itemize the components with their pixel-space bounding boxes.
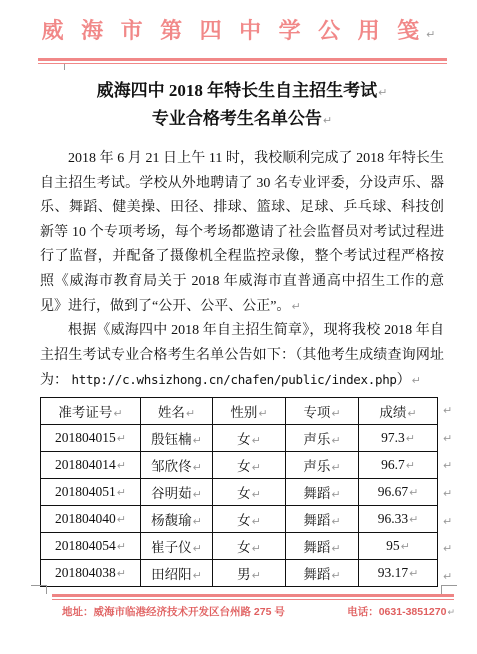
table-row: 201804015↵殷钰楠↵女↵声乐↵97.3↵ [41,424,438,451]
cell-text: 96.7 [381,457,405,472]
cell-text: 女 [237,513,251,528]
cell-text: 93.17 [378,565,408,580]
table-cell: 杨馥瑜↵ [141,505,213,532]
paragraph-mark-icon: ↵ [117,459,126,472]
cell-text: 女 [237,540,251,555]
cell-text: 声乐 [303,432,330,447]
table-cell: 95↵ [359,532,438,559]
paragraph-mark-icon: ↵ [331,434,340,447]
cell-text: 舞蹈 [303,567,330,582]
paragraph-mark-icon: ↵ [406,432,415,445]
letterhead: 威 海 市 第 四 中 学 公 用 笺↵ [0,14,477,45]
table-row: 201804054↵崔子仪↵女↵舞蹈↵95↵ [41,532,438,559]
cell-text: 声乐 [303,459,330,474]
cell-text: 96.33 [378,511,408,526]
footer: 地址：威海市临港经济技术开发区台州路 275 号 电话：0631-3851270… [62,604,455,619]
table-header-cell: 姓名↵ [141,397,213,424]
paragraph-mark-icon: ↵ [331,407,340,420]
cell-text: 崔子仪 [151,540,192,555]
paragraph-mark-icon: ↵ [193,515,202,528]
paragraph-mark-icon: ↵ [258,407,267,420]
cell-text: 谷明茹 [151,486,192,501]
table-cell: 201804054↵ [41,532,141,559]
table-cell: 97.3↵ [359,424,438,451]
cell-text: 96.67 [378,484,408,499]
cell-text: 男 [237,567,251,582]
paragraph-mark-icon: ↵ [443,487,452,500]
cell-text: 性别 [230,405,257,420]
table-cell: 声乐↵ [286,451,359,478]
cell-text: 201804051 [55,484,116,499]
table-cell: 殷钰楠↵ [141,424,213,451]
paragraph-mark-icon: ↵ [193,569,202,582]
table-cell: 女↵ [213,505,286,532]
paragraph-mark-icon: ↵ [193,434,202,447]
paragraph-mark-icon: ↵ [117,432,126,445]
table-cell: 崔子仪↵ [141,532,213,559]
paragraph-mark-icon: ↵ [193,542,202,555]
table-cell: 舞蹈↵ [286,478,359,505]
footer-divider [52,594,454,600]
cell-text: 杨馥瑜 [151,513,192,528]
paragraph-mark-icon: ↵ [323,114,332,127]
notice-body: 威海四中 2018 年特长生自主招生考试↵ 专业合格考生名单公告↵ 2018 年… [40,78,444,590]
cell-text: 女 [237,459,251,474]
paragraph-mark-icon: ↵ [412,374,421,387]
paragraph-mark-icon: ↵ [331,542,340,555]
paragraph-mark-icon: ↵ [409,486,418,499]
paragraph-mark-icon: ↵ [117,567,126,580]
paragraph-1-text: 2018 年 6 月 21 日上午 11 时，我校顺利完成了 2018 年特长生… [40,151,444,314]
letterhead-title: 威 海 市 第 四 中 学 公 用 笺 [42,18,426,43]
paragraph-mark-icon: ↵ [331,461,340,474]
margin-tick [64,64,65,70]
paragraph-mark-icon: ↵ [331,488,340,501]
paragraph-2-closing: ） [397,373,411,388]
paragraph-mark-icon: ↵ [117,486,126,499]
paragraph-mark-icon: ↵ [443,404,452,417]
table-cell: 201804040↵ [41,505,141,532]
results-table: 准考证号↵姓名↵性别↵专项↵成绩↵201804015↵殷钰楠↵女↵声乐↵97.3… [40,397,438,587]
cell-text: 专项 [303,405,330,420]
paragraph-mark-icon: ↵ [117,540,126,553]
table-cell: 邹欣佟↵ [141,451,213,478]
paragraph-mark-icon: ↵ [113,407,122,420]
footer-crop-mark-right [441,585,457,594]
paragraph-mark-icon: ↵ [252,569,261,582]
paragraph-mark-icon: ↵ [193,461,202,474]
notice-title-line1-row: 威海四中 2018 年特长生自主招生考试↵ [40,78,444,106]
paragraph-mark-icon: ↵ [378,86,387,99]
table-row: 201804051↵谷明茹↵女↵舞蹈↵96.67↵ [41,478,438,505]
table-cell: 201804051↵ [41,478,141,505]
paragraph-mark-icon: ↵ [426,28,435,41]
notice-title-line1: 威海四中 2018 年特长生自主招生考试 [97,81,378,100]
paragraph-mark-icon: ↵ [447,608,455,618]
row-end-mark: ↵ [442,452,452,480]
footer-address: 地址：威海市临港经济技术开发区台州路 275 号 [62,604,285,619]
table-cell: 201804015↵ [41,424,141,451]
paragraph-mark-icon: ↵ [409,513,418,526]
cell-text: 201804040 [55,511,116,526]
paragraph-mark-icon: ↵ [443,432,452,445]
table-cell: 女↵ [213,478,286,505]
cell-text: 201804015 [55,430,116,445]
table-cell: 96.67↵ [359,478,438,505]
cell-text: 97.3 [381,430,405,445]
notice-title-line2-row: 专业合格考生名单公告↵ [40,106,444,134]
paragraph-mark-icon: ↵ [252,461,261,474]
row-end-mark: ↵ [442,425,452,453]
footer-phone-wrap: 电话：0631-3851270↵ [347,604,455,619]
paragraph-mark-icon: ↵ [443,570,452,583]
paragraph-mark-icon: ↵ [252,488,261,501]
paragraph-mark-icon: ↵ [443,515,452,528]
cell-text: 女 [237,486,251,501]
table-cell: 201804014↵ [41,451,141,478]
cell-text: 201804014 [55,457,116,472]
paragraph-mark-icon: ↵ [186,407,195,420]
table-cell: 田绍阳↵ [141,559,213,586]
notice-paragraph-1: 2018 年 6 月 21 日上午 11 时，我校顺利完成了 2018 年特长生… [40,147,444,319]
table-cell: 女↵ [213,451,286,478]
paragraph-mark-icon: ↵ [193,488,202,501]
footer-phone: 电话：0631-3851270 [347,606,446,618]
table-row: 201804014↵邹欣佟↵女↵声乐↵96.7↵ [41,451,438,478]
table-row: 201804038↵田绍阳↵男↵舞蹈↵93.17↵ [41,559,438,586]
row-end-mark: ↵ [442,535,452,563]
table-cell: 舞蹈↵ [286,505,359,532]
notice-paragraph-2: 根据《威海四中 2018 年自主招生简章》，现将我校 2018 年自主招生考试专… [40,319,444,394]
table-cell: 舞蹈↵ [286,532,359,559]
footer-crop-mark-left [31,585,47,594]
cell-text: 田绍阳 [151,567,192,582]
paragraph-mark-icon: ↵ [117,513,126,526]
cell-text: 女 [237,432,251,447]
paragraph-mark-icon: ↵ [407,407,416,420]
cell-text: 成绩 [379,405,406,420]
cell-text: 201804054 [55,538,116,553]
cell-text: 95 [386,538,400,553]
table-cell: 女↵ [213,424,286,451]
cell-text: 201804038 [55,565,116,580]
cell-text: 舞蹈 [303,540,330,555]
notice-paragraphs: 2018 年 6 月 21 日上午 11 时，我校顺利完成了 2018 年特长生… [40,147,444,394]
cell-text: 准考证号 [58,405,112,420]
table-row-marks: ↵↵↵↵↵↵↵ [442,397,452,590]
table-cell: 声乐↵ [286,424,359,451]
table-cell: 女↵ [213,532,286,559]
cell-text: 舞蹈 [303,513,330,528]
table-header-cell: 成绩↵ [359,397,438,424]
notice-title-line2: 专业合格考生名单公告 [152,109,322,128]
paragraph-mark-icon: ↵ [443,459,452,472]
table-header-cell: 准考证号↵ [41,397,141,424]
table-cell: 96.7↵ [359,451,438,478]
cell-text: 姓名 [158,405,185,420]
paragraph-mark-icon: ↵ [291,300,300,313]
table-header-row: 准考证号↵姓名↵性别↵专项↵成绩↵ [41,397,438,424]
table-cell: 舞蹈↵ [286,559,359,586]
paragraph-mark-icon: ↵ [409,567,418,580]
row-end-mark: ↵ [442,480,452,508]
paragraph-mark-icon: ↵ [252,542,261,555]
letterhead-divider [38,58,447,64]
table-cell: 96.33↵ [359,505,438,532]
table-cell: 谷明茹↵ [141,478,213,505]
table-row: 201804040↵杨馥瑜↵女↵舞蹈↵96.33↵ [41,505,438,532]
cell-text: 殷钰楠 [151,432,192,447]
paragraph-mark-icon: ↵ [252,434,261,447]
paragraph-mark-icon: ↵ [401,540,410,553]
paragraph-mark-icon: ↵ [252,515,261,528]
table-cell: 201804038↵ [41,559,141,586]
paragraph-mark-icon: ↵ [331,569,340,582]
paragraph-mark-icon: ↵ [331,515,340,528]
row-end-mark: ↵ [442,507,452,535]
cell-text: 邹欣佟 [151,459,192,474]
score-query-url: http://c.whsizhong.cn/chafen/public/inde… [72,372,397,387]
table-cell: 男↵ [213,559,286,586]
table-cell: 93.17↵ [359,559,438,586]
table-header-cell: 专项↵ [286,397,359,424]
row-end-mark: ↵ [442,397,452,425]
table-header-cell: 性别↵ [213,397,286,424]
results-table-container: 准考证号↵姓名↵性别↵专项↵成绩↵201804015↵殷钰楠↵女↵声乐↵97.3… [40,397,444,590]
paragraph-mark-icon: ↵ [406,459,415,472]
paragraph-mark-icon: ↵ [443,542,452,555]
cell-text: 舞蹈 [303,486,330,501]
document-page: 威 海 市 第 四 中 学 公 用 笺↵ 威海四中 2018 年特长生自主招生考… [0,0,477,654]
